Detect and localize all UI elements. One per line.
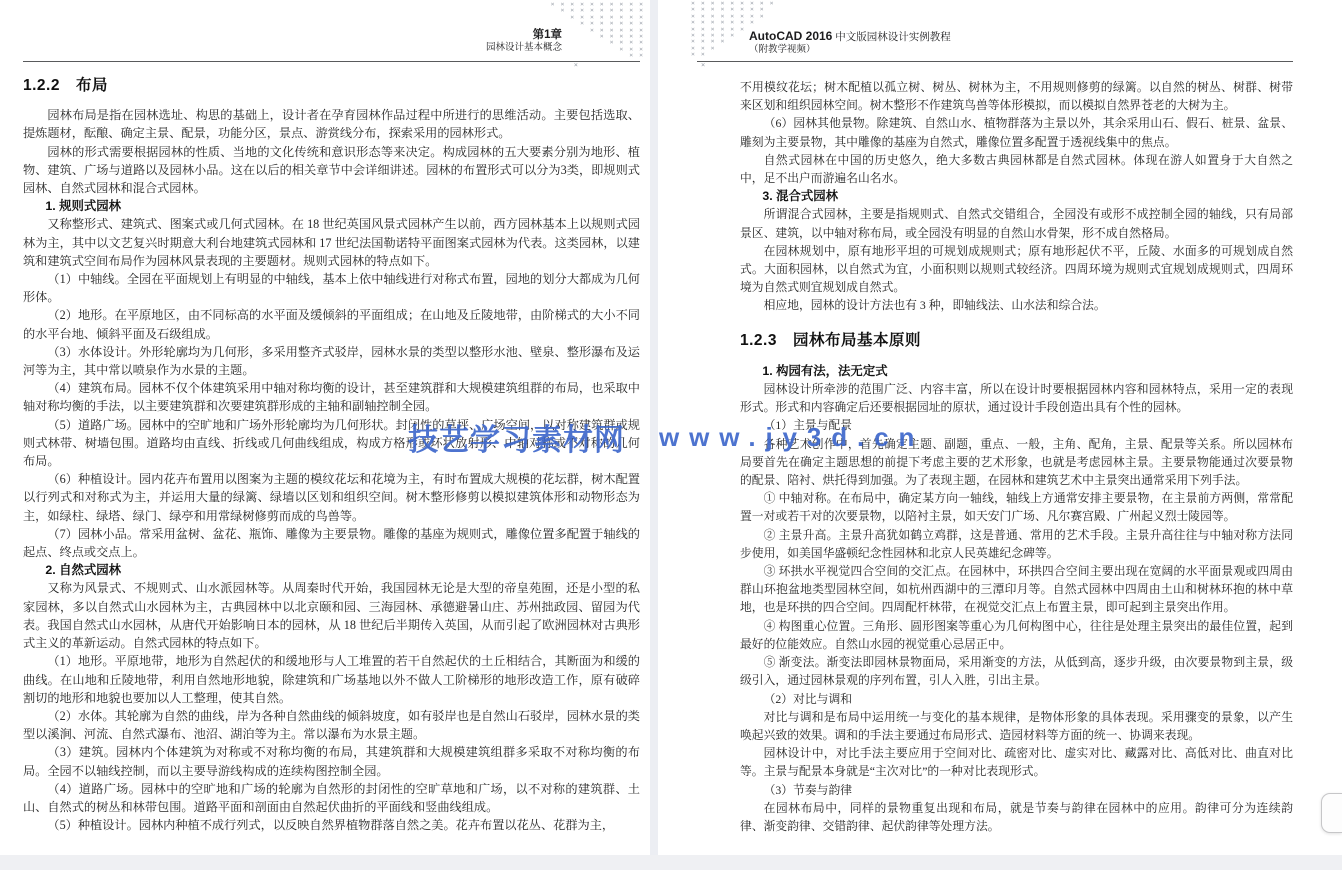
paragraph: （5）种植设计。园林内种植不成行列式，以反映自然界植物群落自然之美。花卉布置以花… [23,816,640,834]
book-title-rest: 中文版园林设计实例教程 [832,31,950,43]
book-viewer: × × × × × × × × × × × × × × × × × × × × … [0,0,1342,870]
section-heading: 1.2.2 布局 [23,77,640,95]
paragraph: （2）对比与调和 [740,690,1293,708]
sub-heading: 3. 混合式园林 [740,187,1293,205]
left-page-header: × × × × × × × × × × × × × × × × × × × × … [23,0,640,62]
paragraph: （6）园林其他景物。除建筑、自然山水、植物群落为主景以外，其余采用山石、假石、桩… [740,114,1293,150]
paragraph: 相应地，园林的设计方法也有 3 种，即轴线法、山水法和综合法。 [740,296,1293,314]
paragraph: （3）建筑。园林内个体建筑为对称或不对称均衡的布局，其建筑群和大规模建筑组群多采… [23,743,640,779]
running-head-left: 第1章 园林设计基本概念 [486,29,562,54]
paragraph: （7）园林小品。常采用盆树、盆花、瓶饰、雕像为主要景物。雕像的基座为规则式，雕像… [23,525,640,561]
paragraph: 自然式园林在中国的历史悠久，绝大多数古典园林都是自然式园林。体现在游人如置身于大… [740,151,1293,187]
running-head-right: AutoCAD 2016 中文版园林设计实例教程 （附教学视频） [749,30,951,56]
paragraph: 所谓混合式园林，主要是指规则式、自然式交错组合，全园没有或形不成控制全园的轴线，… [740,205,1293,241]
paragraph: ④ 构图重心位置。三角形、圆形图案等重心为几何构图中心，往往是处理主景突出的最佳… [740,617,1293,653]
book-title-bold: AutoCAD 2016 [749,29,832,43]
paragraph: （4）建筑布局。园林不仅个体建筑采用中轴对称均衡的设计，甚至建筑群和大规模建筑组… [23,379,640,415]
right-page-content: 不用模纹花坛；树木配植以孤立树、树丛、树林为主，不用规则修剪的绿篱。以自然的树丛… [740,62,1293,835]
paragraph: 在园林规划中，原有地形平坦的可规划成规则式；原有地形起伏不平，丘陵、水面多的可规… [740,242,1293,297]
x-pattern-decoration: × × × × × × × × × × × × × × × × × × × × … [551,1,644,59]
paragraph: （2）地形。在平原地区，由不同标高的水平面及缓倾斜的平面组成；在山地及丘陵地带，… [23,306,640,342]
sub-heading: 2. 自然式园林 [23,561,640,579]
left-page-content: 1.2.2 布局园林布局是指在园林选址、构思的基础上，设计者在孕育园林作品过程中… [23,62,640,834]
paragraph: 又称整形式、建筑式、图案式或几何式园林。在 18 世纪英国风景式园林产生以前，西… [23,215,640,270]
page-right: × × × × × × × × × × × × × × × × × × × × … [658,0,1342,855]
book-subtitle: （附教学视频） [749,44,951,56]
paragraph: 园林设计中，对比手法主要应用于空间对比、疏密对比、虚实对比、藏露对比、高低对比、… [740,744,1293,780]
paragraph: 园林布局是指在园林选址、构思的基础上，设计者在孕育园林作品过程中所进行的思维活动… [23,106,640,142]
paragraph: 不用模纹花坛；树木配植以孤立树、树丛、树林为主，不用规则修剪的绿篱。以自然的树丛… [740,78,1293,114]
book-title: AutoCAD 2016 中文版园林设计实例教程 [749,30,951,44]
right-page-header: × × × × × × × × × × × × × × × × × × × × … [697,0,1293,62]
paragraph: （3）节奏与韵律 [740,781,1293,799]
paragraph: （6）种植设计。园内花卉布置用以图案为主题的模纹花坛和花境为主，有时布置成大规模… [23,470,640,525]
paragraph: （3）水体设计。外形轮廓均为几何形，多采用整齐式驳岸，园林水景的类型以整形水池、… [23,343,640,379]
paragraph: 园林的形式需要根据园林的性质、当地的文化传统和意识形态等来决定。构成园林的五大要… [23,143,640,198]
sub-heading: 1. 规则式园林 [23,197,640,215]
paragraph: 各种艺术创作中，首先确定主题、副题，重点、一般，主角、配角，主景、配景等关系。所… [740,435,1293,490]
paragraph: （1）中轴线。全园在平面规划上有明显的中轴线，基本上依中轴线进行对称式布置，园地… [23,270,640,306]
page-left: × × × × × × × × × × × × × × × × × × × × … [0,0,650,855]
rule-x-mark: × [701,61,705,69]
paragraph: ① 中轴对称。在布局中，确定某方向一轴线，轴线上方通常安排主要景物，在主景前方两… [740,489,1293,525]
paragraph: 又称为风景式、不规则式、山水派园林等。从周秦时代开始，我国园林无论是大型的帝皇苑… [23,579,640,652]
paragraph: （1）地形。平原地带，地形为自然起伏的和缓地形与人工堆置的若干自然起伏的土丘相结… [23,652,640,707]
page-gutter [650,0,658,855]
paragraph: （5）道路广场。园林中的空旷地和广场外形轮廓均为几何形状。封闭性的草坪、广场空间… [23,416,640,471]
floating-button[interactable] [1321,793,1342,833]
paragraph: （4）道路广场。园林中的空旷地和广场的轮廓为自然形的封闭性的空旷草地和广场，以不… [23,780,640,816]
paragraph: （1）主景与配景 [740,416,1293,434]
paragraph: ⑤ 渐变法。渐变法即园林景物面局，采用渐变的方法，从低到高，逐步升级，由次要景物… [740,653,1293,689]
paragraph: （2）水体。其轮廓为自然的曲线，岸为各种自然曲线的倾斜坡度，如有驳岸也是自然山石… [23,707,640,743]
paragraph: ② 主景升高。主景升高犹如鹤立鸡群，这是普通、常用的艺术手段。主景升高往往与中轴… [740,526,1293,562]
sub-heading: 1. 构园有法，法无定式 [740,362,1293,380]
section-heading: 1.2.3 园林布局基本原则 [740,332,1293,350]
paragraph: 在园林布局中，同样的景物重复出现和布局，就是节奏与韵律在园林中的应用。韵律可分为… [740,799,1293,835]
paragraph: 园林设计所牵涉的范围广泛、内容丰富，所以在设计时要根据园林内容和园林特点，采用一… [740,380,1293,416]
chapter-title: 园林设计基本概念 [486,42,562,54]
paragraph: 对比与调和是布局中运用统一与变化的基本规律，是物体形象的具体表现。采用骤变的景象… [740,708,1293,744]
paragraph: ③ 环拱水平视觉四合空间的交汇点。在园林中，环拱四合空间主要出现在宽阔的水平面景… [740,562,1293,617]
chapter-number: 第1章 [486,29,562,42]
